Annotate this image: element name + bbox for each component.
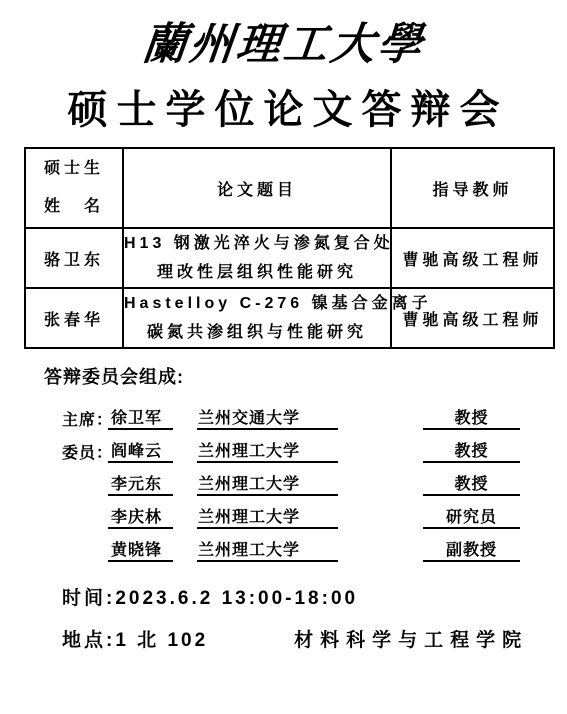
committee-member-row: 李庆林 兰州理工大学 研究员 — [62, 496, 567, 529]
student-name-cell: 张春华 — [25, 288, 123, 348]
thesis-title-line1: Hastelloy C-276 镍基合金离子 — [124, 289, 390, 318]
committee-role-label: 主席： — [62, 407, 108, 430]
committee-member-title: 教授 — [423, 405, 520, 430]
committee-member-name: 李元东 — [108, 471, 173, 496]
page-title: 硕士学位论文答辩会 — [0, 84, 567, 136]
committee-member-row: 主席： 徐卫军 兰州交通大学 教授 — [62, 397, 567, 430]
student-name-cell: 骆卫东 — [25, 228, 123, 288]
committee-member-row: 委员： 阎峰云 兰州理工大学 教授 — [62, 430, 567, 463]
committee-member-row: 李元东 兰州理工大学 教授 — [62, 463, 567, 496]
committee-member-affiliation: 兰州理工大学 — [197, 504, 338, 529]
committee-member-title: 副教授 — [423, 537, 520, 562]
committee-member-row: 黄晓锋 兰州理工大学 副教授 — [62, 529, 567, 562]
committee-list: 主席： 徐卫军 兰州交通大学 教授 委员： 阎峰云 兰州理工大学 教授 李元东 … — [62, 397, 567, 562]
place-value: 1 北 102 — [115, 625, 208, 652]
table-header-row: 硕士生 姓 名 论文题目 指导教师 — [25, 148, 554, 228]
committee-member-affiliation: 兰州理工大学 — [197, 438, 338, 463]
thesis-title-line2: 碳氮共渗组织与性能研究 — [124, 318, 390, 347]
committee-member-affiliation: 兰州交通大学 — [197, 405, 338, 430]
committee-role-label: 委员： — [62, 440, 108, 463]
time-label: 时间: — [62, 588, 115, 609]
committee-member-affiliation: 兰州理工大学 — [197, 537, 338, 562]
place-line: 地点: 1 北 102 材料科学与工程学院 — [62, 625, 567, 652]
thesis-title-line1: H13 钢激光淬火与渗氮复合处 — [124, 229, 390, 258]
thesis-title-cell: Hastelloy C-276 镍基合金离子 碳氮共渗组织与性能研究 — [123, 288, 391, 348]
defense-info-table: 硕士生 姓 名 论文题目 指导教师 骆卫东 H13 钢激光淬火与渗氮复合处 理改… — [24, 147, 555, 349]
department-name: 材料科学与工程学院 — [294, 625, 528, 652]
col-header-thesis-title: 论文题目 — [123, 148, 391, 228]
student-header-line1: 硕士生 — [26, 150, 122, 188]
time-value: 2023.6.2 13:00-18:00 — [115, 588, 358, 609]
student-header-line2: 姓 名 — [26, 188, 122, 226]
place-label: 地点: — [62, 625, 115, 652]
col-header-advisor: 指导教师 — [391, 148, 554, 228]
thesis-title-line2: 理改性层组织性能研究 — [124, 258, 390, 287]
committee-heading: 答辩委员会组成: — [44, 363, 567, 389]
thesis-defense-announcement: 蘭州理工大學 硕士学位论文答辩会 硕士生 姓 名 论文题目 指导教师 骆卫东 H… — [0, 0, 567, 714]
time-line: 时间:2023.6.2 13:00-18:00 — [62, 583, 567, 610]
table-row-student-1: 骆卫东 H13 钢激光淬火与渗氮复合处 理改性层组织性能研究 曹驰高级工程师 — [25, 228, 554, 288]
advisor-cell: 曹驰高级工程师 — [391, 228, 554, 288]
committee-member-name: 李庆林 — [108, 504, 173, 529]
committee-member-name: 徐卫军 — [108, 405, 173, 430]
committee-member-affiliation: 兰州理工大学 — [197, 471, 338, 496]
committee-member-title: 教授 — [423, 438, 520, 463]
committee-member-name: 阎峰云 — [108, 438, 173, 463]
committee-member-title: 教授 — [423, 471, 520, 496]
thesis-title-cell: H13 钢激光淬火与渗氮复合处 理改性层组织性能研究 — [123, 228, 391, 288]
committee-member-title: 研究员 — [423, 504, 520, 529]
university-logotype-calligraphy: 蘭州理工大學 — [0, 10, 567, 80]
col-header-student-name: 硕士生 姓 名 — [25, 148, 123, 228]
table-row-student-2: 张春华 Hastelloy C-276 镍基合金离子 碳氮共渗组织与性能研究 曹… — [25, 288, 554, 348]
committee-member-name: 黄晓锋 — [108, 537, 173, 562]
